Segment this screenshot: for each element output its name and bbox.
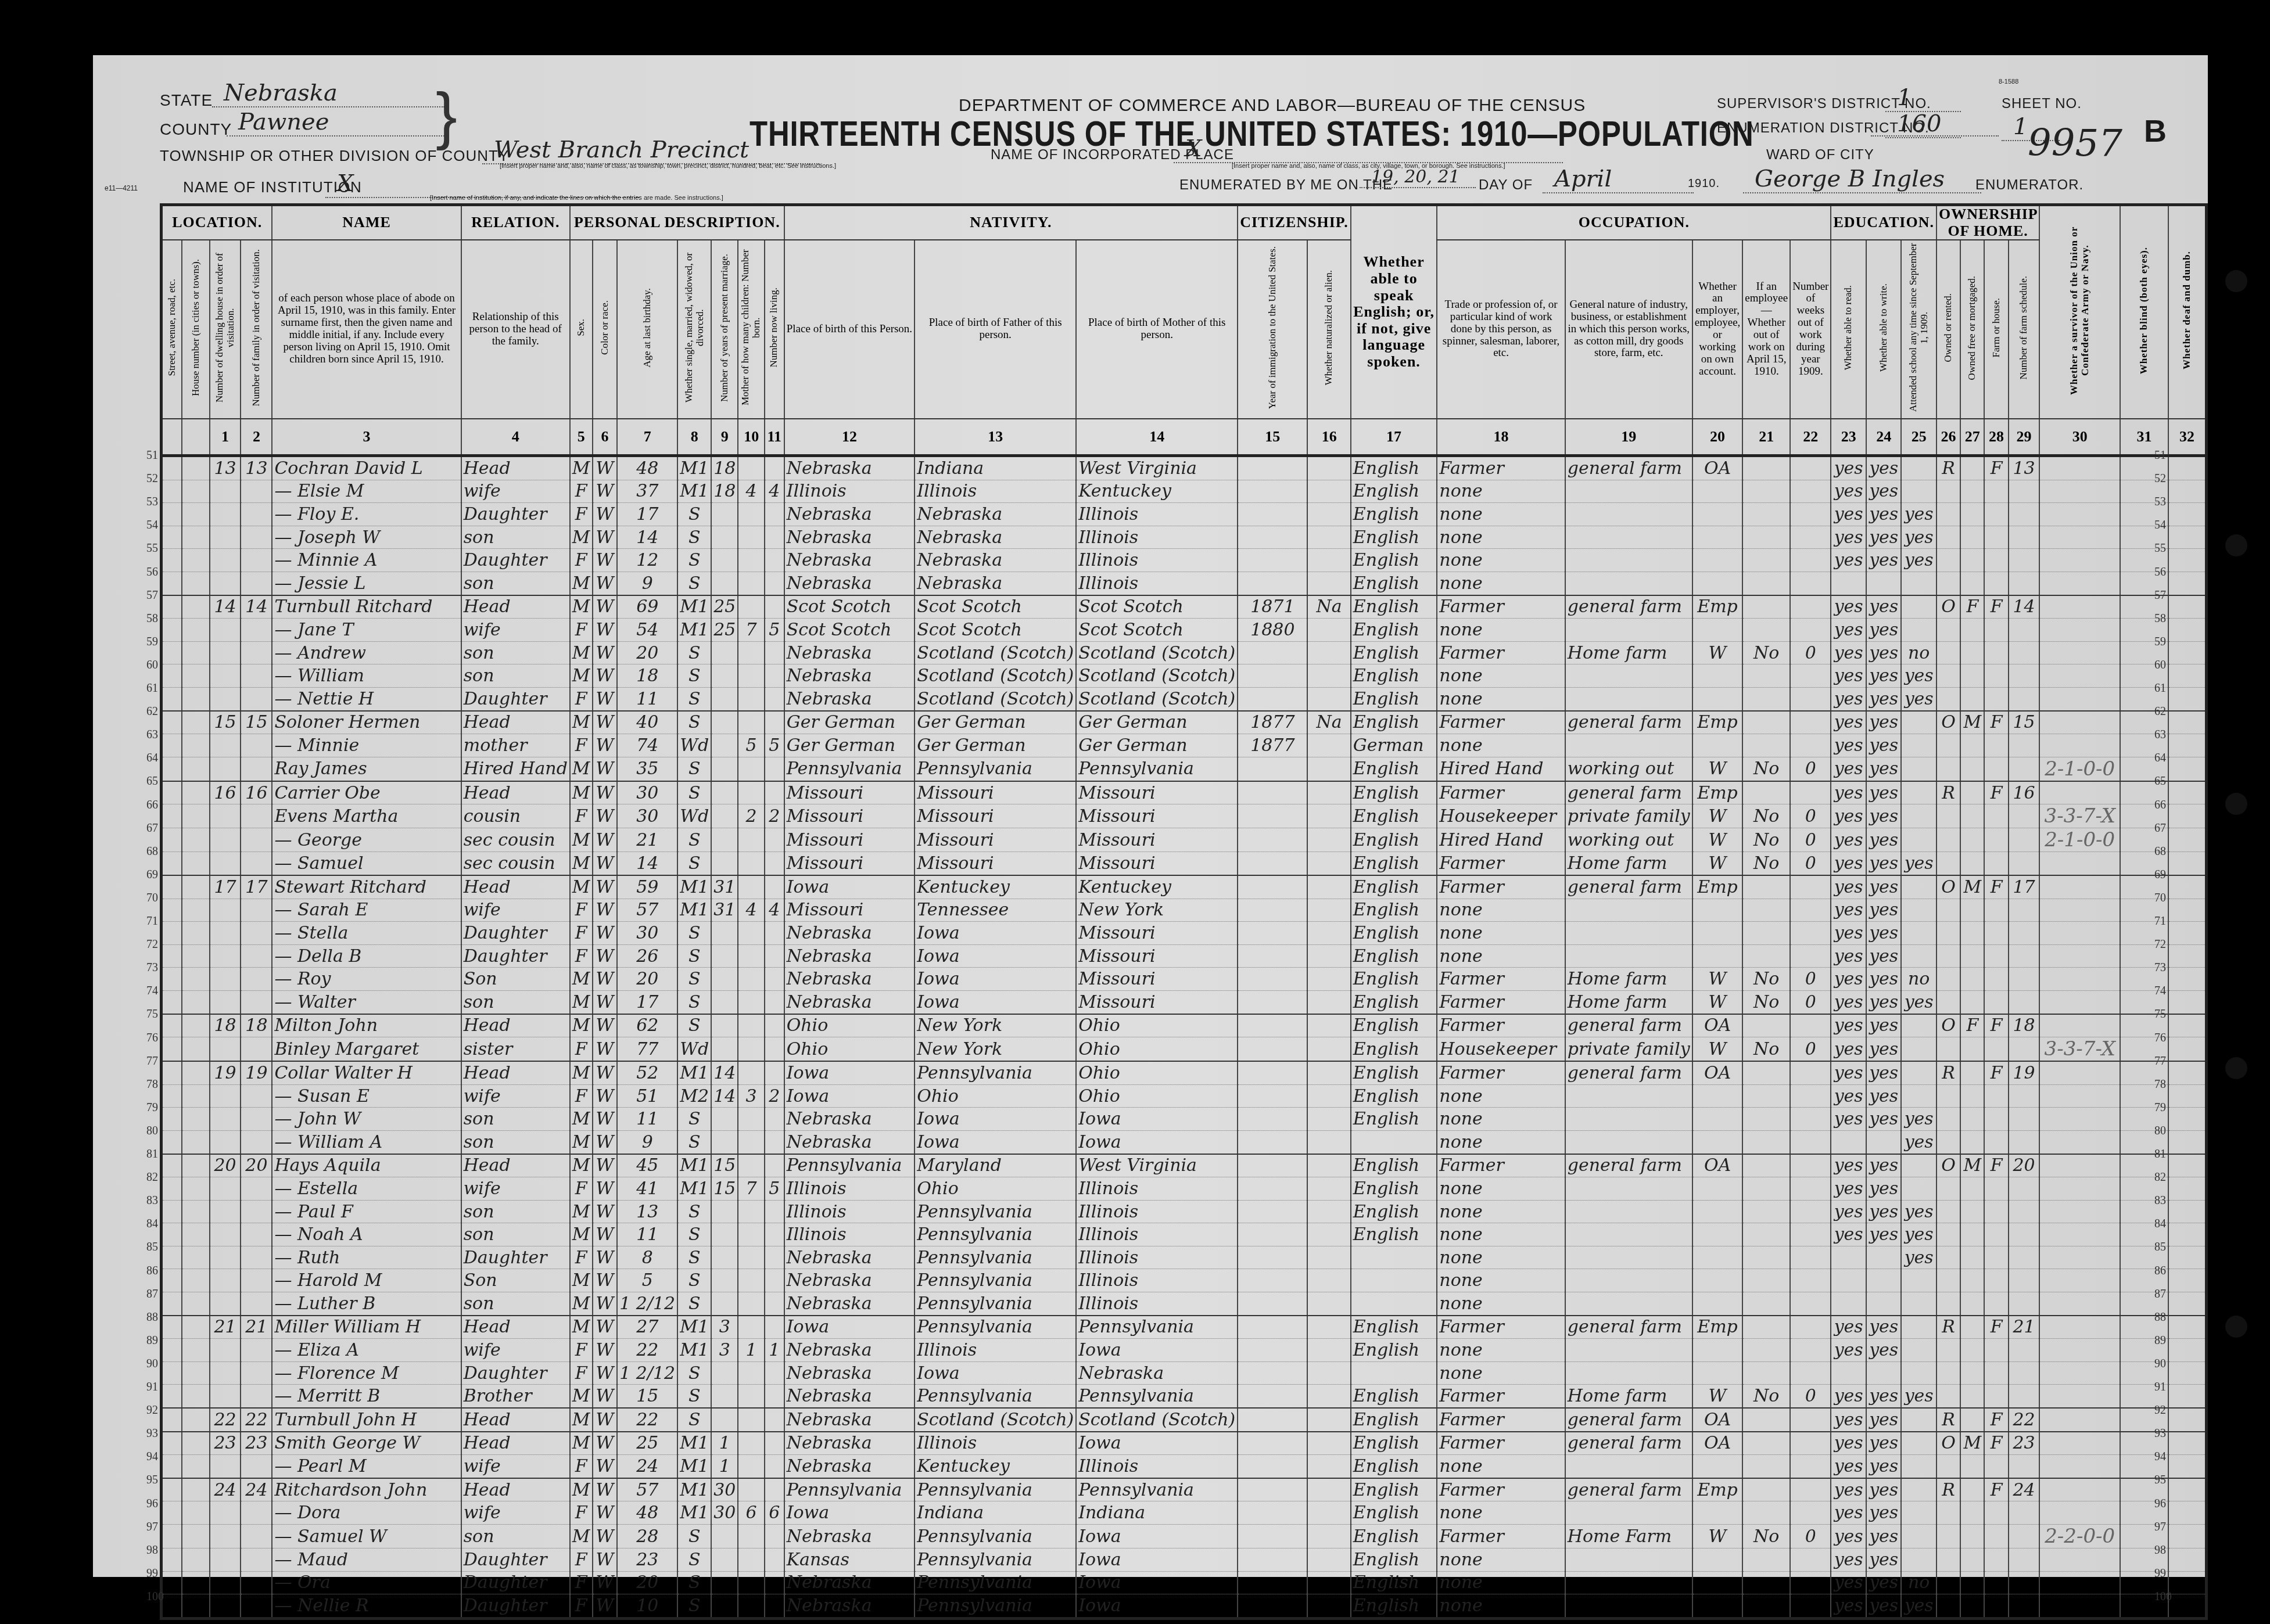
- family-number: [241, 734, 272, 757]
- can-write: yes: [1866, 875, 1901, 899]
- father-birthplace: Indiana: [915, 456, 1076, 480]
- census-row: — OraDaughterFW20SNebraskaPennsylvaniaIo…: [162, 1571, 2207, 1594]
- naturalization: Na: [1307, 595, 1350, 619]
- language: English: [1351, 1223, 1437, 1246]
- empty-cell: [2168, 1084, 2207, 1108]
- line-number: 86: [2154, 1264, 2166, 1278]
- sex: F: [570, 899, 593, 922]
- age: 22: [617, 1408, 677, 1432]
- dwelling-number: 20: [210, 1154, 241, 1177]
- line-number: 51: [2154, 449, 2166, 462]
- attended-school: [1901, 1432, 1937, 1455]
- family-number: [241, 1361, 272, 1385]
- occupation: Farmer: [1437, 852, 1565, 875]
- attended-school: [1901, 781, 1937, 804]
- farm-house: [1984, 899, 2008, 922]
- mother-birthplace: Illinois: [1076, 1223, 1238, 1246]
- line-number: 90: [2154, 1357, 2166, 1371]
- dwelling-number: [210, 828, 241, 852]
- attended-school: yes: [1901, 688, 1937, 711]
- line-number: 69: [2154, 868, 2166, 882]
- father-birthplace: Scotland (Scotch): [915, 664, 1076, 688]
- free-mortgaged: [1960, 1455, 1984, 1478]
- line-number: 67: [146, 822, 158, 835]
- mother-birthplace: Kentuckey: [1076, 480, 1238, 503]
- occupation: none: [1437, 1571, 1565, 1594]
- farm-schedule: [2009, 1339, 2040, 1362]
- can-read: yes: [1831, 968, 1866, 991]
- empty-cell: [2039, 1177, 2120, 1201]
- marital-status: Wd: [677, 804, 711, 828]
- empty-cell: [2168, 688, 2207, 711]
- attended-school: [1901, 828, 1937, 852]
- can-read: yes: [1831, 1223, 1866, 1246]
- out-of-work: [1742, 480, 1790, 503]
- line-number: 54: [2154, 519, 2166, 532]
- empty-cell: [162, 1108, 182, 1131]
- can-write: yes: [1866, 480, 1901, 503]
- relation: son: [461, 572, 570, 595]
- can-write: yes: [1866, 526, 1901, 549]
- person-name: Carrier Obe: [272, 781, 461, 804]
- institution-note: [Insert name of institution, if any, and…: [430, 195, 723, 202]
- farm-schedule: [2009, 1594, 2040, 1619]
- can-read: yes: [1831, 711, 1866, 734]
- language: English: [1351, 1154, 1437, 1177]
- language: English: [1351, 688, 1437, 711]
- attended-school: [1901, 1084, 1937, 1108]
- years-married: [711, 526, 738, 549]
- out-of-work: [1742, 1455, 1790, 1478]
- stamp-number: 9957: [2028, 122, 2122, 165]
- relation: sec cousin: [461, 852, 570, 875]
- immigration-year: [1238, 1154, 1307, 1177]
- immigration-year: [1238, 875, 1307, 899]
- farm-schedule: 20: [2009, 1154, 2040, 1177]
- out-of-work: [1742, 1177, 1790, 1201]
- sex: M: [570, 641, 593, 664]
- owned-rented: [1937, 688, 1960, 711]
- census-row: 1616Carrier ObeHeadMW30SMissouriMissouri…: [162, 781, 2207, 804]
- birthplace: Nebraska: [784, 1339, 915, 1362]
- out-of-work: No: [1742, 757, 1790, 781]
- attended-school: [1901, 1177, 1937, 1201]
- line-number: 91: [2154, 1381, 2166, 1394]
- census-row: — John WsonMW11SNebraskaIowaIowaEnglishn…: [162, 1108, 2207, 1131]
- attended-school: yes: [1901, 1223, 1937, 1246]
- col-years-married: Number of years of present marriage.: [711, 240, 738, 419]
- owned-rented: [1937, 641, 1960, 664]
- group-education: EDUCATION.: [1831, 205, 1936, 240]
- children-living: [765, 1246, 784, 1269]
- language: [1351, 1361, 1437, 1385]
- marital-status: Wd: [677, 1037, 711, 1062]
- can-write: yes: [1866, 1084, 1901, 1108]
- weeks-out: [1790, 1501, 1831, 1525]
- employment-class: W: [1692, 968, 1743, 991]
- years-married: 3: [711, 1316, 738, 1339]
- marital-status: M1: [677, 1177, 711, 1201]
- relation: wife: [461, 1501, 570, 1525]
- children-living: [765, 852, 784, 875]
- can-write: yes: [1866, 968, 1901, 991]
- weeks-out: 0: [1790, 852, 1831, 875]
- race: W: [593, 641, 618, 664]
- years-married: [711, 757, 738, 781]
- line-number: 53: [146, 495, 158, 509]
- empty-cell: [182, 1014, 209, 1037]
- farm-schedule: [2009, 922, 2040, 945]
- age: 22: [617, 1339, 677, 1362]
- years-married: [711, 1594, 738, 1619]
- relation: Head: [461, 1154, 570, 1177]
- immigration-year: [1238, 944, 1307, 968]
- empty-cell: [2039, 1339, 2120, 1362]
- children-living: [765, 1361, 784, 1385]
- person-name: Binley Margaret: [272, 1037, 461, 1062]
- month-value: April: [1543, 166, 1694, 193]
- empty-cell: [2039, 688, 2120, 711]
- group-location: LOCATION.: [162, 205, 272, 240]
- sex: M: [570, 757, 593, 781]
- line-number: 56: [2154, 566, 2166, 579]
- empty-cell: [182, 944, 209, 968]
- can-write: yes: [1866, 1061, 1901, 1084]
- dwelling-number: [210, 1525, 241, 1548]
- farm-house: [1984, 1246, 2008, 1269]
- children-living: [765, 1061, 784, 1084]
- race: W: [593, 1223, 618, 1246]
- children-born: [738, 1108, 764, 1131]
- relation: Daughter: [461, 944, 570, 968]
- marital-status: S: [677, 781, 711, 804]
- mother-birthplace: Nebraska: [1076, 1361, 1238, 1385]
- can-write: yes: [1866, 1108, 1901, 1131]
- census-row: — Samuel WsonMW28SNebraskaPennsylvaniaIo…: [162, 1525, 2207, 1548]
- weeks-out: [1790, 1200, 1831, 1223]
- sex: F: [570, 688, 593, 711]
- can-read: yes: [1831, 456, 1866, 480]
- dwelling-number: [210, 1037, 241, 1062]
- birthplace: Nebraska: [784, 1571, 915, 1594]
- census-row: — WaltersonMW17SNebraskaIowaMissouriEngl…: [162, 990, 2207, 1014]
- relation: Daughter: [461, 688, 570, 711]
- children-born: [738, 1014, 764, 1037]
- can-read: [1831, 1292, 1866, 1316]
- empty-cell: [2168, 1361, 2207, 1385]
- children-born: [738, 852, 764, 875]
- birthplace: Nebraska: [784, 1108, 915, 1131]
- farm-house: F: [1984, 1432, 2008, 1455]
- owned-rented: [1937, 1385, 1960, 1408]
- dwelling-number: [210, 526, 241, 549]
- can-read: yes: [1831, 899, 1866, 922]
- weeks-out: [1790, 875, 1831, 899]
- immigration-year: [1238, 1385, 1307, 1408]
- race: W: [593, 619, 618, 642]
- sex: F: [570, 503, 593, 526]
- line-number: 93: [2154, 1427, 2166, 1440]
- industry: [1565, 944, 1692, 968]
- sex: M: [570, 1478, 593, 1501]
- children-born: [738, 1594, 764, 1619]
- col-children-born: Mother of how many children: Number born…: [738, 240, 764, 419]
- farm-schedule: 24: [2009, 1478, 2040, 1501]
- family-number: 23: [241, 1432, 272, 1455]
- marital-status: S: [677, 1108, 711, 1131]
- age: 21: [617, 828, 677, 852]
- can-write: yes: [1866, 1339, 1901, 1362]
- children-living: [765, 1548, 784, 1572]
- father-birthplace: Iowa: [915, 1108, 1076, 1131]
- relation: son: [461, 1130, 570, 1154]
- can-write: yes: [1866, 688, 1901, 711]
- immigration-year: [1238, 1361, 1307, 1385]
- owned-rented: [1937, 968, 1960, 991]
- children-living: [765, 1316, 784, 1339]
- owned-rented: [1937, 664, 1960, 688]
- years-married: [711, 1292, 738, 1316]
- farm-house: [1984, 1361, 2008, 1385]
- years-married: 30: [711, 1501, 738, 1525]
- father-birthplace: Pennsylvania: [915, 1594, 1076, 1619]
- empty-cell: [182, 480, 209, 503]
- naturalization: [1307, 757, 1350, 781]
- naturalization: [1307, 1455, 1350, 1478]
- language: English: [1351, 641, 1437, 664]
- attended-school: [1901, 1292, 1937, 1316]
- years-married: 15: [711, 1177, 738, 1201]
- mother-birthplace: Scot Scotch: [1076, 595, 1238, 619]
- empty-cell: [182, 688, 209, 711]
- incorporated-value: X: [1174, 135, 1563, 163]
- dwelling-number: [210, 572, 241, 595]
- family-number: [241, 922, 272, 945]
- family-number: [241, 1084, 272, 1108]
- empty-cell: [2168, 1200, 2207, 1223]
- children-born: [738, 1408, 764, 1432]
- family-number: 17: [241, 875, 272, 899]
- attended-school: [1901, 1014, 1937, 1037]
- can-write: yes: [1866, 1432, 1901, 1455]
- race: W: [593, 1455, 618, 1478]
- children-born: 4: [738, 899, 764, 922]
- years-married: [711, 1525, 738, 1548]
- father-birthplace: Ger German: [915, 734, 1076, 757]
- line-number: 89: [2154, 1334, 2166, 1348]
- children-born: [738, 503, 764, 526]
- can-read: yes: [1831, 688, 1866, 711]
- years-married: [711, 1223, 738, 1246]
- language: English: [1351, 1455, 1437, 1478]
- children-living: [765, 875, 784, 899]
- attended-school: no: [1901, 968, 1937, 991]
- line-number: 70: [2154, 892, 2166, 905]
- farm-schedule: 22: [2009, 1408, 2040, 1432]
- employment-class: [1692, 1200, 1743, 1223]
- age: 18: [617, 664, 677, 688]
- years-married: [711, 852, 738, 875]
- children-living: [765, 1014, 784, 1037]
- family-number: [241, 899, 272, 922]
- weeks-out: 0: [1790, 1525, 1831, 1548]
- empty-cell: [2039, 734, 2120, 757]
- occupation: none: [1437, 1361, 1565, 1385]
- person-name: — Dora: [272, 1501, 461, 1525]
- father-birthplace: Pennsylvania: [915, 1223, 1076, 1246]
- mother-birthplace: Iowa: [1076, 1130, 1238, 1154]
- census-row: — Samuelsec cousinMW14SMissouriMissouriM…: [162, 852, 2207, 875]
- sex: F: [570, 1501, 593, 1525]
- family-number: [241, 572, 272, 595]
- children-living: [765, 944, 784, 968]
- immigration-year: [1238, 1130, 1307, 1154]
- free-mortgaged: F: [1960, 595, 1984, 619]
- employment-class: [1692, 734, 1743, 757]
- margin-annotation: 2-1-0-0: [2039, 757, 2120, 781]
- marital-status: S: [677, 757, 711, 781]
- owned-rented: [1937, 1594, 1960, 1619]
- empty-cell: [2039, 781, 2120, 804]
- employment-class: [1692, 1130, 1743, 1154]
- marital-status: S: [677, 1548, 711, 1572]
- line-number: 61: [2154, 682, 2166, 695]
- occupation: Hired Hand: [1437, 757, 1565, 781]
- empty-cell: [162, 1594, 182, 1619]
- census-row: — Merritt BBrotherMW15SNebraskaPennsylva…: [162, 1385, 2207, 1408]
- children-born: [738, 549, 764, 572]
- empty-cell: [182, 1361, 209, 1385]
- empty-cell: [2039, 852, 2120, 875]
- language: English: [1351, 526, 1437, 549]
- farm-schedule: [2009, 1385, 2040, 1408]
- occupation: Farmer: [1437, 1061, 1565, 1084]
- line-number: 85: [2154, 1241, 2166, 1254]
- mother-birthplace: New York: [1076, 899, 1238, 922]
- race: W: [593, 549, 618, 572]
- children-born: [738, 1316, 764, 1339]
- line-number: 84: [2154, 1217, 2166, 1231]
- mother-birthplace: Indiana: [1076, 1501, 1238, 1525]
- family-number: [241, 1455, 272, 1478]
- employment-class: [1692, 1084, 1743, 1108]
- marital-status: M1: [677, 1478, 711, 1501]
- race: W: [593, 990, 618, 1014]
- empty-cell: [2039, 711, 2120, 734]
- sex: M: [570, 1014, 593, 1037]
- empty-cell: [2039, 1108, 2120, 1131]
- employment-class: [1692, 526, 1743, 549]
- race: W: [593, 828, 618, 852]
- attended-school: [1901, 1154, 1937, 1177]
- owned-rented: [1937, 480, 1960, 503]
- out-of-work: [1742, 1292, 1790, 1316]
- occupation: Farmer: [1437, 968, 1565, 991]
- owned-rented: [1937, 990, 1960, 1014]
- owned-rented: O: [1937, 875, 1960, 899]
- mother-birthplace: Illinois: [1076, 1246, 1238, 1269]
- empty-cell: [2039, 1084, 2120, 1108]
- empty-cell: [2168, 757, 2207, 781]
- free-mortgaged: [1960, 1594, 1984, 1619]
- attended-school: yes: [1901, 1200, 1937, 1223]
- employment-class: Emp: [1692, 711, 1743, 734]
- column-number: 14: [1076, 419, 1238, 456]
- empty-cell: [162, 1246, 182, 1269]
- county-label: COUNTY: [160, 120, 232, 139]
- empty-cell: [162, 664, 182, 688]
- can-read: yes: [1831, 875, 1866, 899]
- can-write: yes: [1866, 1200, 1901, 1223]
- years-married: 18: [711, 480, 738, 503]
- immigration-year: [1238, 526, 1307, 549]
- language: English: [1351, 595, 1437, 619]
- marital-status: M1: [677, 1339, 711, 1362]
- ward-value: [1871, 135, 1999, 136]
- sex: M: [570, 572, 593, 595]
- children-living: [765, 1292, 784, 1316]
- farm-schedule: [2009, 1037, 2040, 1062]
- owned-rented: [1937, 804, 1960, 828]
- father-birthplace: Nebraska: [915, 526, 1076, 549]
- column-number-row: 1234567891011121314151617181920212223242…: [162, 419, 2207, 456]
- empty-cell: [2168, 664, 2207, 688]
- empty-cell: [2168, 1292, 2207, 1316]
- relation: Head: [461, 1478, 570, 1501]
- farm-house: [1984, 572, 2008, 595]
- family-number: [241, 1385, 272, 1408]
- empty-cell: [2168, 1455, 2207, 1478]
- enumerator-label: ENUMERATOR.: [1975, 177, 2083, 193]
- relation: sec cousin: [461, 828, 570, 852]
- years-married: [711, 572, 738, 595]
- free-mortgaged: [1960, 899, 1984, 922]
- line-number: 78: [146, 1078, 158, 1091]
- column-number: 27: [1960, 419, 1984, 456]
- relation: Head: [461, 1432, 570, 1455]
- column-number: 10: [738, 419, 764, 456]
- weeks-out: [1790, 688, 1831, 711]
- naturalization: [1307, 828, 1350, 852]
- race: W: [593, 1432, 618, 1455]
- can-write: yes: [1866, 1014, 1901, 1037]
- census-table: LOCATION. NAME RELATION. PERSONAL DESCRI…: [160, 203, 2208, 1620]
- occupation: Hired Hand: [1437, 828, 1565, 852]
- farm-house: [1984, 968, 2008, 991]
- empty-cell: [162, 1501, 182, 1525]
- free-mortgaged: [1960, 757, 1984, 781]
- years-married: 25: [711, 619, 738, 642]
- children-living: [765, 549, 784, 572]
- age: 20: [617, 641, 677, 664]
- children-living: [765, 1130, 784, 1154]
- industry: [1565, 1223, 1692, 1246]
- father-birthplace: Iowa: [915, 968, 1076, 991]
- sex: M: [570, 1108, 593, 1131]
- birthplace: Nebraska: [784, 1292, 915, 1316]
- person-name: Turnbull Ritchard: [272, 595, 461, 619]
- farm-schedule: 21: [2009, 1316, 2040, 1339]
- age: 17: [617, 503, 677, 526]
- employment-class: W: [1692, 852, 1743, 875]
- can-read: yes: [1831, 1108, 1866, 1131]
- census-rows: 1313Cochran David LHeadMW48M118NebraskaI…: [162, 456, 2207, 1619]
- line-number: 80: [146, 1124, 158, 1138]
- industry: working out: [1565, 757, 1692, 781]
- census-row: — StellaDaughterFW30SNebraskaIowaMissour…: [162, 922, 2207, 945]
- group-ownership: OWNERSHIP OF HOME.: [1937, 205, 2039, 240]
- birthplace: Nebraska: [784, 944, 915, 968]
